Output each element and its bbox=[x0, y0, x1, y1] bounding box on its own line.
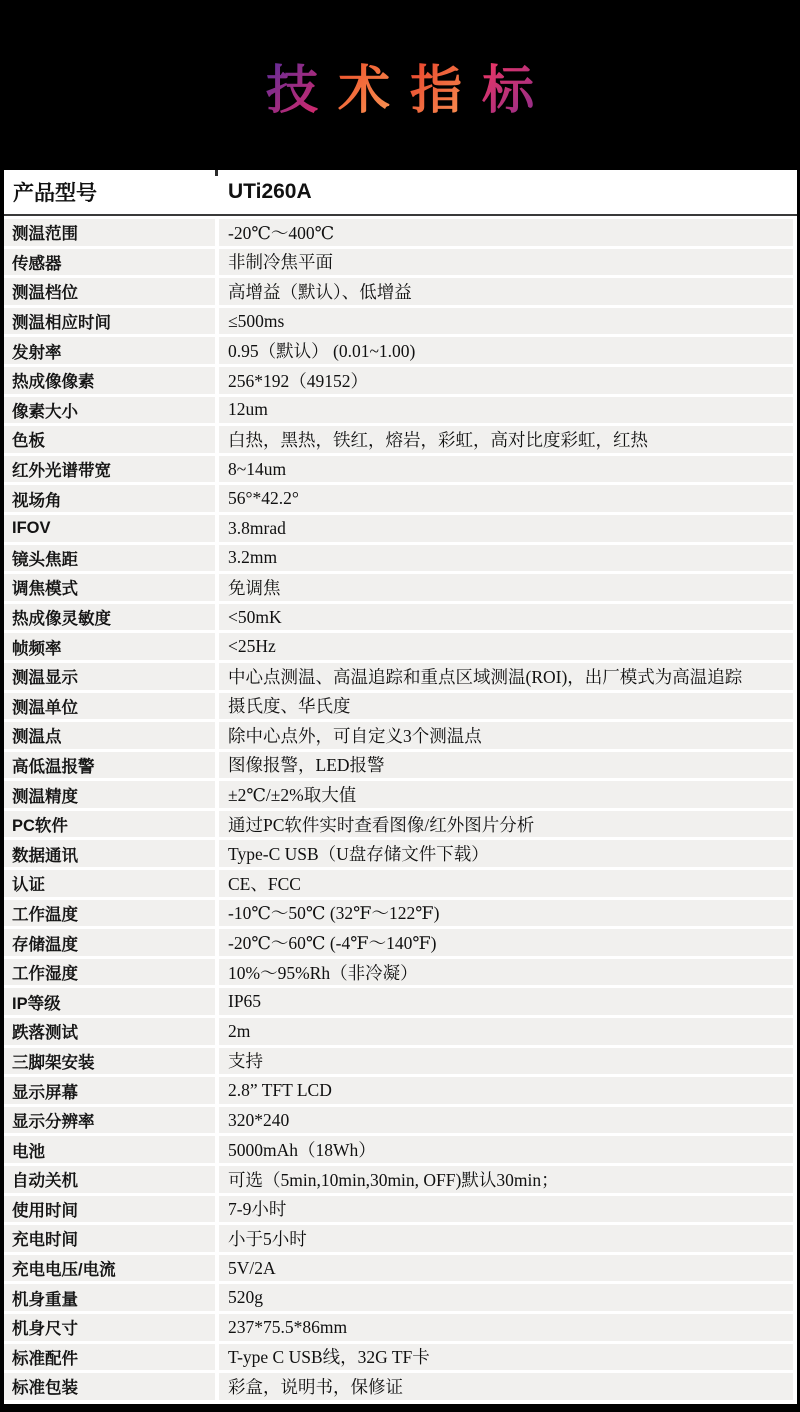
spec-label: 标准配件 bbox=[4, 1344, 215, 1371]
spec-value: <50mK bbox=[219, 604, 793, 631]
spec-value: Type-C USB（U盘存储文件下载） bbox=[219, 840, 793, 867]
spec-rows: 测温范围 -20℃～400℃ 传感器 非制冷焦平面 测温档位 高增益（默认）、低… bbox=[4, 216, 797, 1400]
spec-row: 测温范围 -20℃～400℃ bbox=[4, 219, 797, 246]
spec-label: 机身重量 bbox=[4, 1284, 215, 1311]
spec-row: 热成像像素 256*192（49152） bbox=[4, 367, 797, 394]
product-model-value: UTi260A bbox=[219, 180, 312, 204]
product-model-label: 产品型号 bbox=[4, 177, 219, 207]
spec-value: 小于5小时 bbox=[219, 1225, 793, 1252]
title-char: 指 bbox=[410, 62, 482, 120]
bottom-border-bar bbox=[0, 1404, 800, 1412]
spec-value: 图像报警，LED报警 bbox=[219, 752, 793, 779]
spec-row: 机身重量 520g bbox=[4, 1284, 797, 1311]
spec-label: 视场角 bbox=[4, 485, 215, 512]
spec-label: 测温显示 bbox=[4, 663, 215, 690]
spec-label: 显示分辨率 bbox=[4, 1107, 215, 1134]
spec-label: IFOV bbox=[4, 515, 215, 542]
spec-value: <25Hz bbox=[219, 633, 793, 660]
spec-label: IP等级 bbox=[4, 988, 215, 1015]
spec-row: 测温点 除中心点外，可自定义3个测温点 bbox=[4, 722, 797, 749]
spec-row: 测温档位 高增益（默认）、低增益 bbox=[4, 278, 797, 305]
spec-label: 发射率 bbox=[4, 337, 215, 364]
spec-value: 3.2mm bbox=[219, 545, 793, 572]
spec-row: 测温单位 摄氏度、华氏度 bbox=[4, 693, 797, 720]
spec-row: 标准配件 T-ype C USB线，32G TF卡 bbox=[4, 1344, 797, 1371]
spec-row: 红外光谱带宽 8~14um bbox=[4, 456, 797, 483]
spec-label: PC软件 bbox=[4, 811, 215, 838]
spec-value: 彩盒，说明书，保修证 bbox=[219, 1373, 793, 1400]
title-char: 术 bbox=[338, 62, 410, 120]
spec-value: 摄氏度、华氏度 bbox=[219, 693, 793, 720]
spec-value: 白热，黑热，铁红，熔岩，彩虹，高对比度彩虹，红热 bbox=[219, 426, 793, 453]
spec-row: 视场角 56°*42.2° bbox=[4, 485, 797, 512]
spec-label: 工作湿度 bbox=[4, 959, 215, 986]
spec-value: 免调焦 bbox=[219, 574, 793, 601]
spec-value: T-ype C USB线，32G TF卡 bbox=[219, 1344, 793, 1371]
spec-value: 3.8mrad bbox=[219, 515, 793, 542]
spec-row: 自动关机 可选（5min,10min,30min, OFF)默认30min； bbox=[4, 1166, 797, 1193]
spec-value: 256*192（49152） bbox=[219, 367, 793, 394]
spec-value: ≤500ms bbox=[219, 308, 793, 335]
spec-row: 显示屏幕 2.8” TFT LCD bbox=[4, 1077, 797, 1104]
spec-value: 中心点测温、高温追踪和重点区域测温(ROI)，出厂模式为高温追踪 bbox=[219, 663, 793, 690]
spec-value: 12um bbox=[219, 397, 793, 424]
spec-label: 色板 bbox=[4, 426, 215, 453]
spec-row: 工作湿度 10%～95%Rh（非冷凝） bbox=[4, 959, 797, 986]
spec-label: 充电电压/电流 bbox=[4, 1255, 215, 1282]
spec-label: 测温范围 bbox=[4, 219, 215, 246]
spec-label: 高低温报警 bbox=[4, 752, 215, 779]
spec-row: 热成像灵敏度 <50mK bbox=[4, 604, 797, 631]
spec-value: 0.95（默认） (0.01~1.00) bbox=[219, 337, 793, 364]
spec-row: 跌落测试 2m bbox=[4, 1018, 797, 1045]
title-char: 标 bbox=[482, 62, 554, 120]
spec-value: -20℃～60℃ (-4℉～140℉) bbox=[219, 929, 793, 956]
spec-value: 56°*42.2° bbox=[219, 485, 793, 512]
spec-row: 色板 白热，黑热，铁红，熔岩，彩虹，高对比度彩虹，红热 bbox=[4, 426, 797, 453]
spec-value: 7-9小时 bbox=[219, 1196, 793, 1223]
spec-value: 除中心点外，可自定义3个测温点 bbox=[219, 722, 793, 749]
spec-label: 热成像灵敏度 bbox=[4, 604, 215, 631]
spec-label: 帧频率 bbox=[4, 633, 215, 660]
spec-row: 充电电压/电流 5V/2A bbox=[4, 1255, 797, 1282]
spec-row: 像素大小 12um bbox=[4, 397, 797, 424]
spec-row: 电池 5000mAh（18Wh） bbox=[4, 1136, 797, 1163]
spec-label: 测温点 bbox=[4, 722, 215, 749]
spec-value: 5000mAh（18Wh） bbox=[219, 1136, 793, 1163]
page-banner: 技术指标 bbox=[0, 0, 800, 170]
spec-label: 热成像像素 bbox=[4, 367, 215, 394]
spec-value: 支持 bbox=[219, 1048, 793, 1075]
spec-row: 显示分辨率 320*240 bbox=[4, 1107, 797, 1134]
title-char: 技 bbox=[266, 62, 338, 120]
spec-label: 像素大小 bbox=[4, 397, 215, 424]
spec-label: 使用时间 bbox=[4, 1196, 215, 1223]
spec-label: 标准包装 bbox=[4, 1373, 215, 1400]
spec-label: 测温档位 bbox=[4, 278, 215, 305]
spec-label: 测温相应时间 bbox=[4, 308, 215, 335]
column-divider-tick bbox=[215, 170, 218, 176]
spec-label: 红外光谱带宽 bbox=[4, 456, 215, 483]
spec-row: 数据通讯 Type-C USB（U盘存储文件下载） bbox=[4, 840, 797, 867]
spec-row: 测温相应时间 ≤500ms bbox=[4, 308, 797, 335]
spec-row: 调焦模式 免调焦 bbox=[4, 574, 797, 601]
spec-label: 显示屏幕 bbox=[4, 1077, 215, 1104]
spec-value: 通过PC软件实时查看图像/红外图片分析 bbox=[219, 811, 793, 838]
spec-label: 测温精度 bbox=[4, 781, 215, 808]
spec-label: 跌落测试 bbox=[4, 1018, 215, 1045]
spec-label: 测温单位 bbox=[4, 693, 215, 720]
spec-value: 非制冷焦平面 bbox=[219, 249, 793, 276]
spec-row: 标准包装 彩盒，说明书，保修证 bbox=[4, 1373, 797, 1400]
spec-value: CE、FCC bbox=[219, 870, 793, 897]
spec-row: 测温显示 中心点测温、高温追踪和重点区域测温(ROI)，出厂模式为高温追踪 bbox=[4, 663, 797, 690]
spec-row: 存储温度 -20℃～60℃ (-4℉～140℉) bbox=[4, 929, 797, 956]
spec-value: ±2℃/±2%取大值 bbox=[219, 781, 793, 808]
spec-value: 320*240 bbox=[219, 1107, 793, 1134]
spec-label: 存储温度 bbox=[4, 929, 215, 956]
spec-row: IFOV 3.8mrad bbox=[4, 515, 797, 542]
spec-label: 工作温度 bbox=[4, 900, 215, 927]
spec-value: 5V/2A bbox=[219, 1255, 793, 1282]
spec-value: 237*75.5*86mm bbox=[219, 1314, 793, 1341]
spec-value: 10%～95%Rh（非冷凝） bbox=[219, 959, 793, 986]
spec-row: 镜头焦距 3.2mm bbox=[4, 545, 797, 572]
spec-row: 机身尺寸 237*75.5*86mm bbox=[4, 1314, 797, 1341]
spec-value: 8~14um bbox=[219, 456, 793, 483]
spec-value: 2.8” TFT LCD bbox=[219, 1077, 793, 1104]
spec-label: 调焦模式 bbox=[4, 574, 215, 601]
spec-row: 测温精度 ±2℃/±2%取大值 bbox=[4, 781, 797, 808]
spec-value: -10℃～50℃ (32℉～122℉) bbox=[219, 900, 793, 927]
spec-value: 2m bbox=[219, 1018, 793, 1045]
table-header-row: 产品型号 UTi260A bbox=[4, 170, 797, 216]
spec-row: 高低温报警 图像报警，LED报警 bbox=[4, 752, 797, 779]
spec-row: 传感器 非制冷焦平面 bbox=[4, 249, 797, 276]
spec-label: 电池 bbox=[4, 1136, 215, 1163]
spec-value: IP65 bbox=[219, 988, 793, 1015]
spec-value: -20℃～400℃ bbox=[219, 219, 793, 246]
spec-label: 机身尺寸 bbox=[4, 1314, 215, 1341]
spec-row: 工作温度 -10℃～50℃ (32℉～122℉) bbox=[4, 900, 797, 927]
spec-table: 产品型号 UTi260A 测温范围 -20℃～400℃ 传感器 非制冷焦平面 测… bbox=[0, 170, 800, 1404]
spec-label: 自动关机 bbox=[4, 1166, 215, 1193]
spec-value: 高增益（默认）、低增益 bbox=[219, 278, 793, 305]
spec-row: 帧频率 <25Hz bbox=[4, 633, 797, 660]
spec-row: 三脚架安装 支持 bbox=[4, 1048, 797, 1075]
spec-label: 三脚架安装 bbox=[4, 1048, 215, 1075]
page-title: 技术指标 bbox=[246, 48, 554, 123]
spec-row: 发射率 0.95（默认） (0.01~1.00) bbox=[4, 337, 797, 364]
spec-row: PC软件 通过PC软件实时查看图像/红外图片分析 bbox=[4, 811, 797, 838]
spec-label: 充电时间 bbox=[4, 1225, 215, 1252]
spec-label: 数据通讯 bbox=[4, 840, 215, 867]
spec-row: 认证 CE、FCC bbox=[4, 870, 797, 897]
spec-value: 520g bbox=[219, 1284, 793, 1311]
spec-row: 使用时间 7-9小时 bbox=[4, 1196, 797, 1223]
spec-value: 可选（5min,10min,30min, OFF)默认30min； bbox=[219, 1166, 793, 1193]
spec-row: 充电时间 小于5小时 bbox=[4, 1225, 797, 1252]
spec-row: IP等级 IP65 bbox=[4, 988, 797, 1015]
spec-label: 镜头焦距 bbox=[4, 545, 215, 572]
spec-label: 传感器 bbox=[4, 249, 215, 276]
spec-label: 认证 bbox=[4, 870, 215, 897]
